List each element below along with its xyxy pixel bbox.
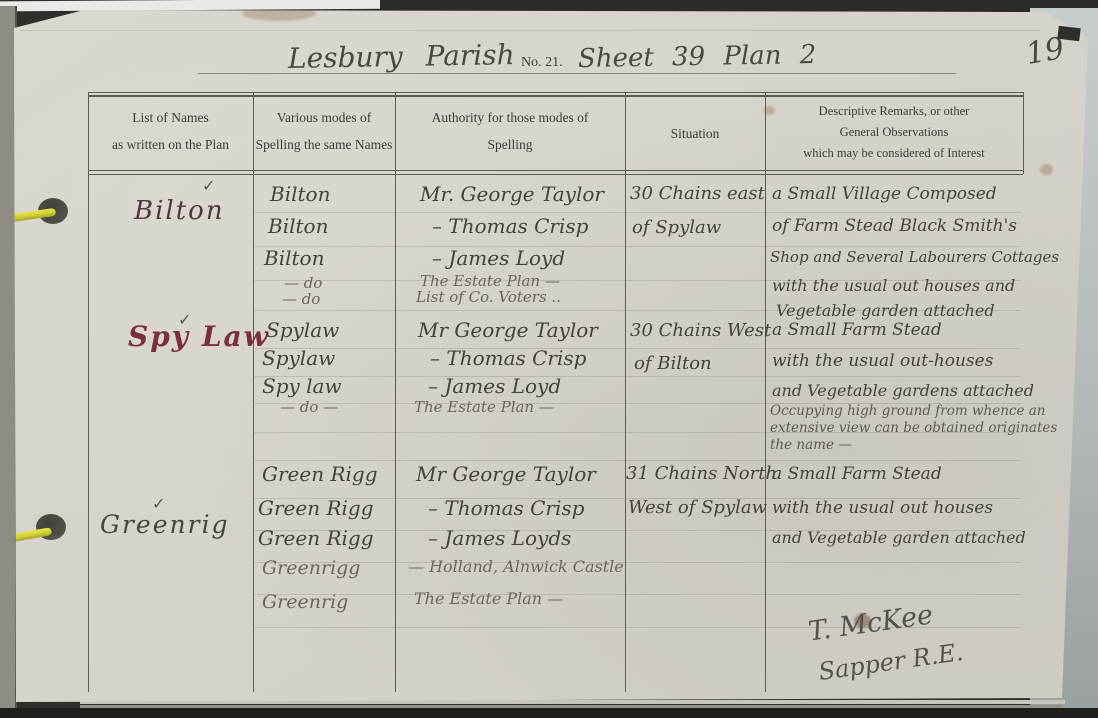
- remark-line: Vegetable garden attached: [776, 301, 995, 320]
- column-header-remarks: Descriptive Remarks, or other General Ob…: [765, 101, 1023, 164]
- spelling-line: — do —: [280, 398, 338, 416]
- register-page: Lesbury Parish No. 21. Sheet 39 Plan 2 1…: [0, 0, 1098, 718]
- situation-line: 30 Chains east: [630, 183, 765, 204]
- title-underline: [198, 73, 956, 74]
- header-line: General Observations: [765, 122, 1023, 143]
- page-edge-above: [0, 0, 400, 11]
- table-column-line: [253, 92, 254, 692]
- remark-line: and Vegetable gardens attached: [772, 381, 1034, 400]
- spelling-line: Greenrigg: [262, 557, 360, 579]
- header-line: Situation: [625, 120, 765, 147]
- spelling-line: Greenrig: [262, 591, 348, 613]
- remark-line: Shop and Several Labourers Cottages: [770, 248, 1059, 266]
- header-line: Spelling the same Names: [253, 131, 395, 158]
- spelling-line: — do: [282, 290, 320, 308]
- table-column-line: [1023, 92, 1024, 174]
- ledger-line: [255, 460, 1021, 461]
- spelling-line: Spylaw: [266, 318, 339, 342]
- table-column-line: [395, 92, 396, 692]
- check-mark-icon: ✓: [202, 176, 215, 195]
- entry-name: Bilton: [134, 196, 225, 226]
- remark-line: Occupying high ground from whence an: [770, 403, 1045, 419]
- remark-line: a Small Farm Stead: [772, 320, 942, 340]
- header-border-bottom: [88, 170, 1023, 171]
- column-header-authority: Authority for those modes of Spelling: [395, 104, 625, 158]
- ledger-line: [255, 376, 1021, 377]
- column-header-spelling: Various modes of Spelling the same Names: [253, 104, 395, 158]
- surveyor-rank: Sapper R.E.: [817, 638, 965, 686]
- situation-line: West of Spylaw: [628, 497, 767, 518]
- header-line: Authority for those modes of: [395, 104, 625, 131]
- authority-line: – Thomas Crisp: [428, 496, 584, 520]
- ledger-line: [255, 594, 1021, 595]
- remark-line: and Vegetable garden attached: [772, 528, 1026, 547]
- remark-line: a Small Farm Stead: [772, 464, 942, 484]
- situation-line: of Bilton: [634, 353, 712, 374]
- authority-line: – Thomas Crisp: [430, 346, 586, 370]
- ledger-line: [255, 562, 1021, 563]
- table-border-top: [88, 92, 1023, 93]
- remark-line: a Small Village Composed: [772, 184, 997, 204]
- entry-name: Greenrig: [100, 510, 230, 539]
- authority-line: Mr George Taylor: [416, 462, 596, 486]
- table-column-line: [765, 92, 766, 692]
- remark-line: extensive view can be obtained originate…: [770, 420, 1057, 436]
- spelling-line: Spy law: [262, 374, 342, 398]
- header-line: Spelling: [395, 131, 625, 158]
- spelling-line: Green Rigg: [262, 462, 378, 486]
- authority-line: The Estate Plan —: [414, 398, 554, 416]
- header-line: which may be considered of Interest: [765, 143, 1023, 164]
- header-border-bottom: [88, 174, 1023, 175]
- authority-line: Mr. George Taylor: [420, 182, 604, 206]
- paper-crease: [20, 30, 1040, 31]
- remark-line: the name —: [770, 437, 852, 453]
- sheet-plan-title: Sheet 39 Plan 2: [578, 40, 817, 74]
- spelling-line: Spylaw: [262, 346, 335, 370]
- table-border-top: [88, 95, 1023, 97]
- column-header-names: List of Names as written on the Plan: [88, 104, 253, 158]
- authority-line: Mr George Taylor: [418, 318, 598, 342]
- column-header-situation: Situation: [625, 120, 765, 147]
- authority-line: – James Loyd: [432, 246, 565, 270]
- header-line: Descriptive Remarks, or other: [765, 101, 1023, 122]
- surveyor-signature: T. McKee: [806, 599, 934, 647]
- header-line: List of Names: [88, 104, 253, 131]
- authority-line: — Holland, Alnwick Castle: [408, 557, 624, 576]
- remark-line: with the usual out-houses: [772, 351, 993, 371]
- photo-background-bottom: [0, 708, 1098, 718]
- situation-line: 31 Chains North: [626, 463, 777, 484]
- spelling-line: Bilton: [264, 246, 324, 270]
- sheet-number-label: No. 21.: [521, 55, 563, 71]
- authority-line: – James Loyd: [428, 374, 561, 398]
- authority-line: – James Loyds: [428, 526, 571, 550]
- ledger-line: [255, 246, 1021, 247]
- stain: [1040, 164, 1053, 175]
- spelling-line: Bilton: [270, 182, 330, 206]
- scanned-document-photo: Lesbury Parish No. 21. Sheet 39 Plan 2 1…: [0, 0, 1098, 718]
- remark-line: with the usual out houses: [772, 498, 993, 518]
- header-line: Various modes of: [253, 104, 395, 131]
- authority-line: List of Co. Voters ..: [416, 288, 561, 306]
- entry-name: Spy Law: [128, 320, 270, 353]
- spelling-line: Green Rigg: [258, 496, 374, 520]
- ledger-line: [255, 212, 1021, 213]
- header-line: as written on the Plan: [88, 131, 253, 158]
- corner-mark: [1057, 26, 1080, 42]
- table-column-line: [625, 92, 626, 692]
- parish-title: Lesbury Parish: [288, 38, 515, 75]
- spelling-line: Bilton: [268, 214, 328, 238]
- remark-line: with the usual out houses and: [772, 276, 1015, 295]
- table-column-line: [88, 92, 89, 692]
- situation-line: of Spylaw: [632, 217, 721, 238]
- situation-line: 30 Chains West: [630, 320, 771, 341]
- authority-line: – Thomas Crisp: [432, 214, 588, 238]
- spelling-line: Green Rigg: [258, 526, 374, 550]
- authority-line: The Estate Plan —: [414, 589, 563, 608]
- ledger-line: [255, 348, 1021, 349]
- remark-line: of Farm Stead Black Smith's: [772, 216, 1017, 236]
